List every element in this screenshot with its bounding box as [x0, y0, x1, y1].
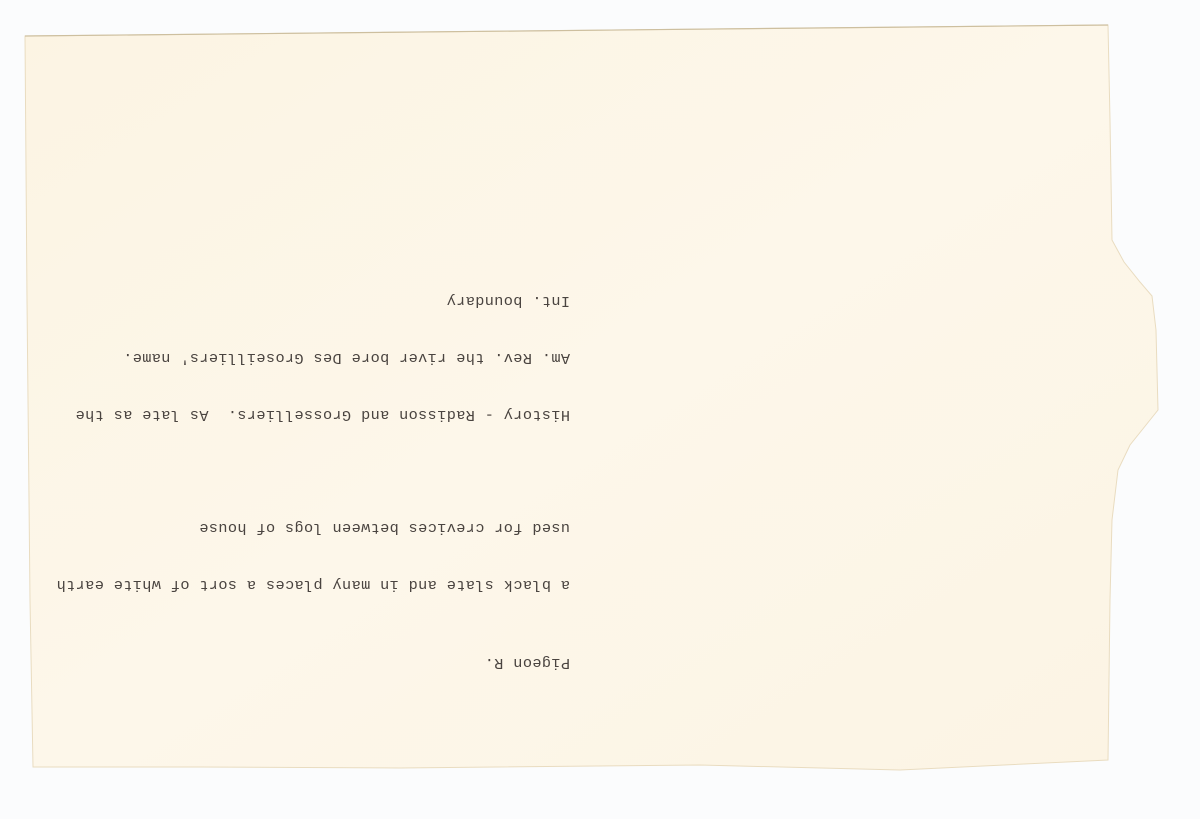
- typed-text-block: Pigeon R. a black slate and in many plac…: [80, 488, 570, 710]
- text-line: a black slate and in many places a sort …: [80, 575, 570, 594]
- text-line: used for crevices between logs of house: [80, 518, 570, 537]
- heading: Pigeon R.: [80, 653, 570, 672]
- text-line: Am. Rev. the river bore Des Groseilliers…: [80, 348, 570, 367]
- text-line: Int. boundary: [80, 291, 570, 310]
- paragraph-gap: [80, 462, 570, 480]
- text-line: History - Radisson and Grosselliers. As …: [80, 405, 570, 424]
